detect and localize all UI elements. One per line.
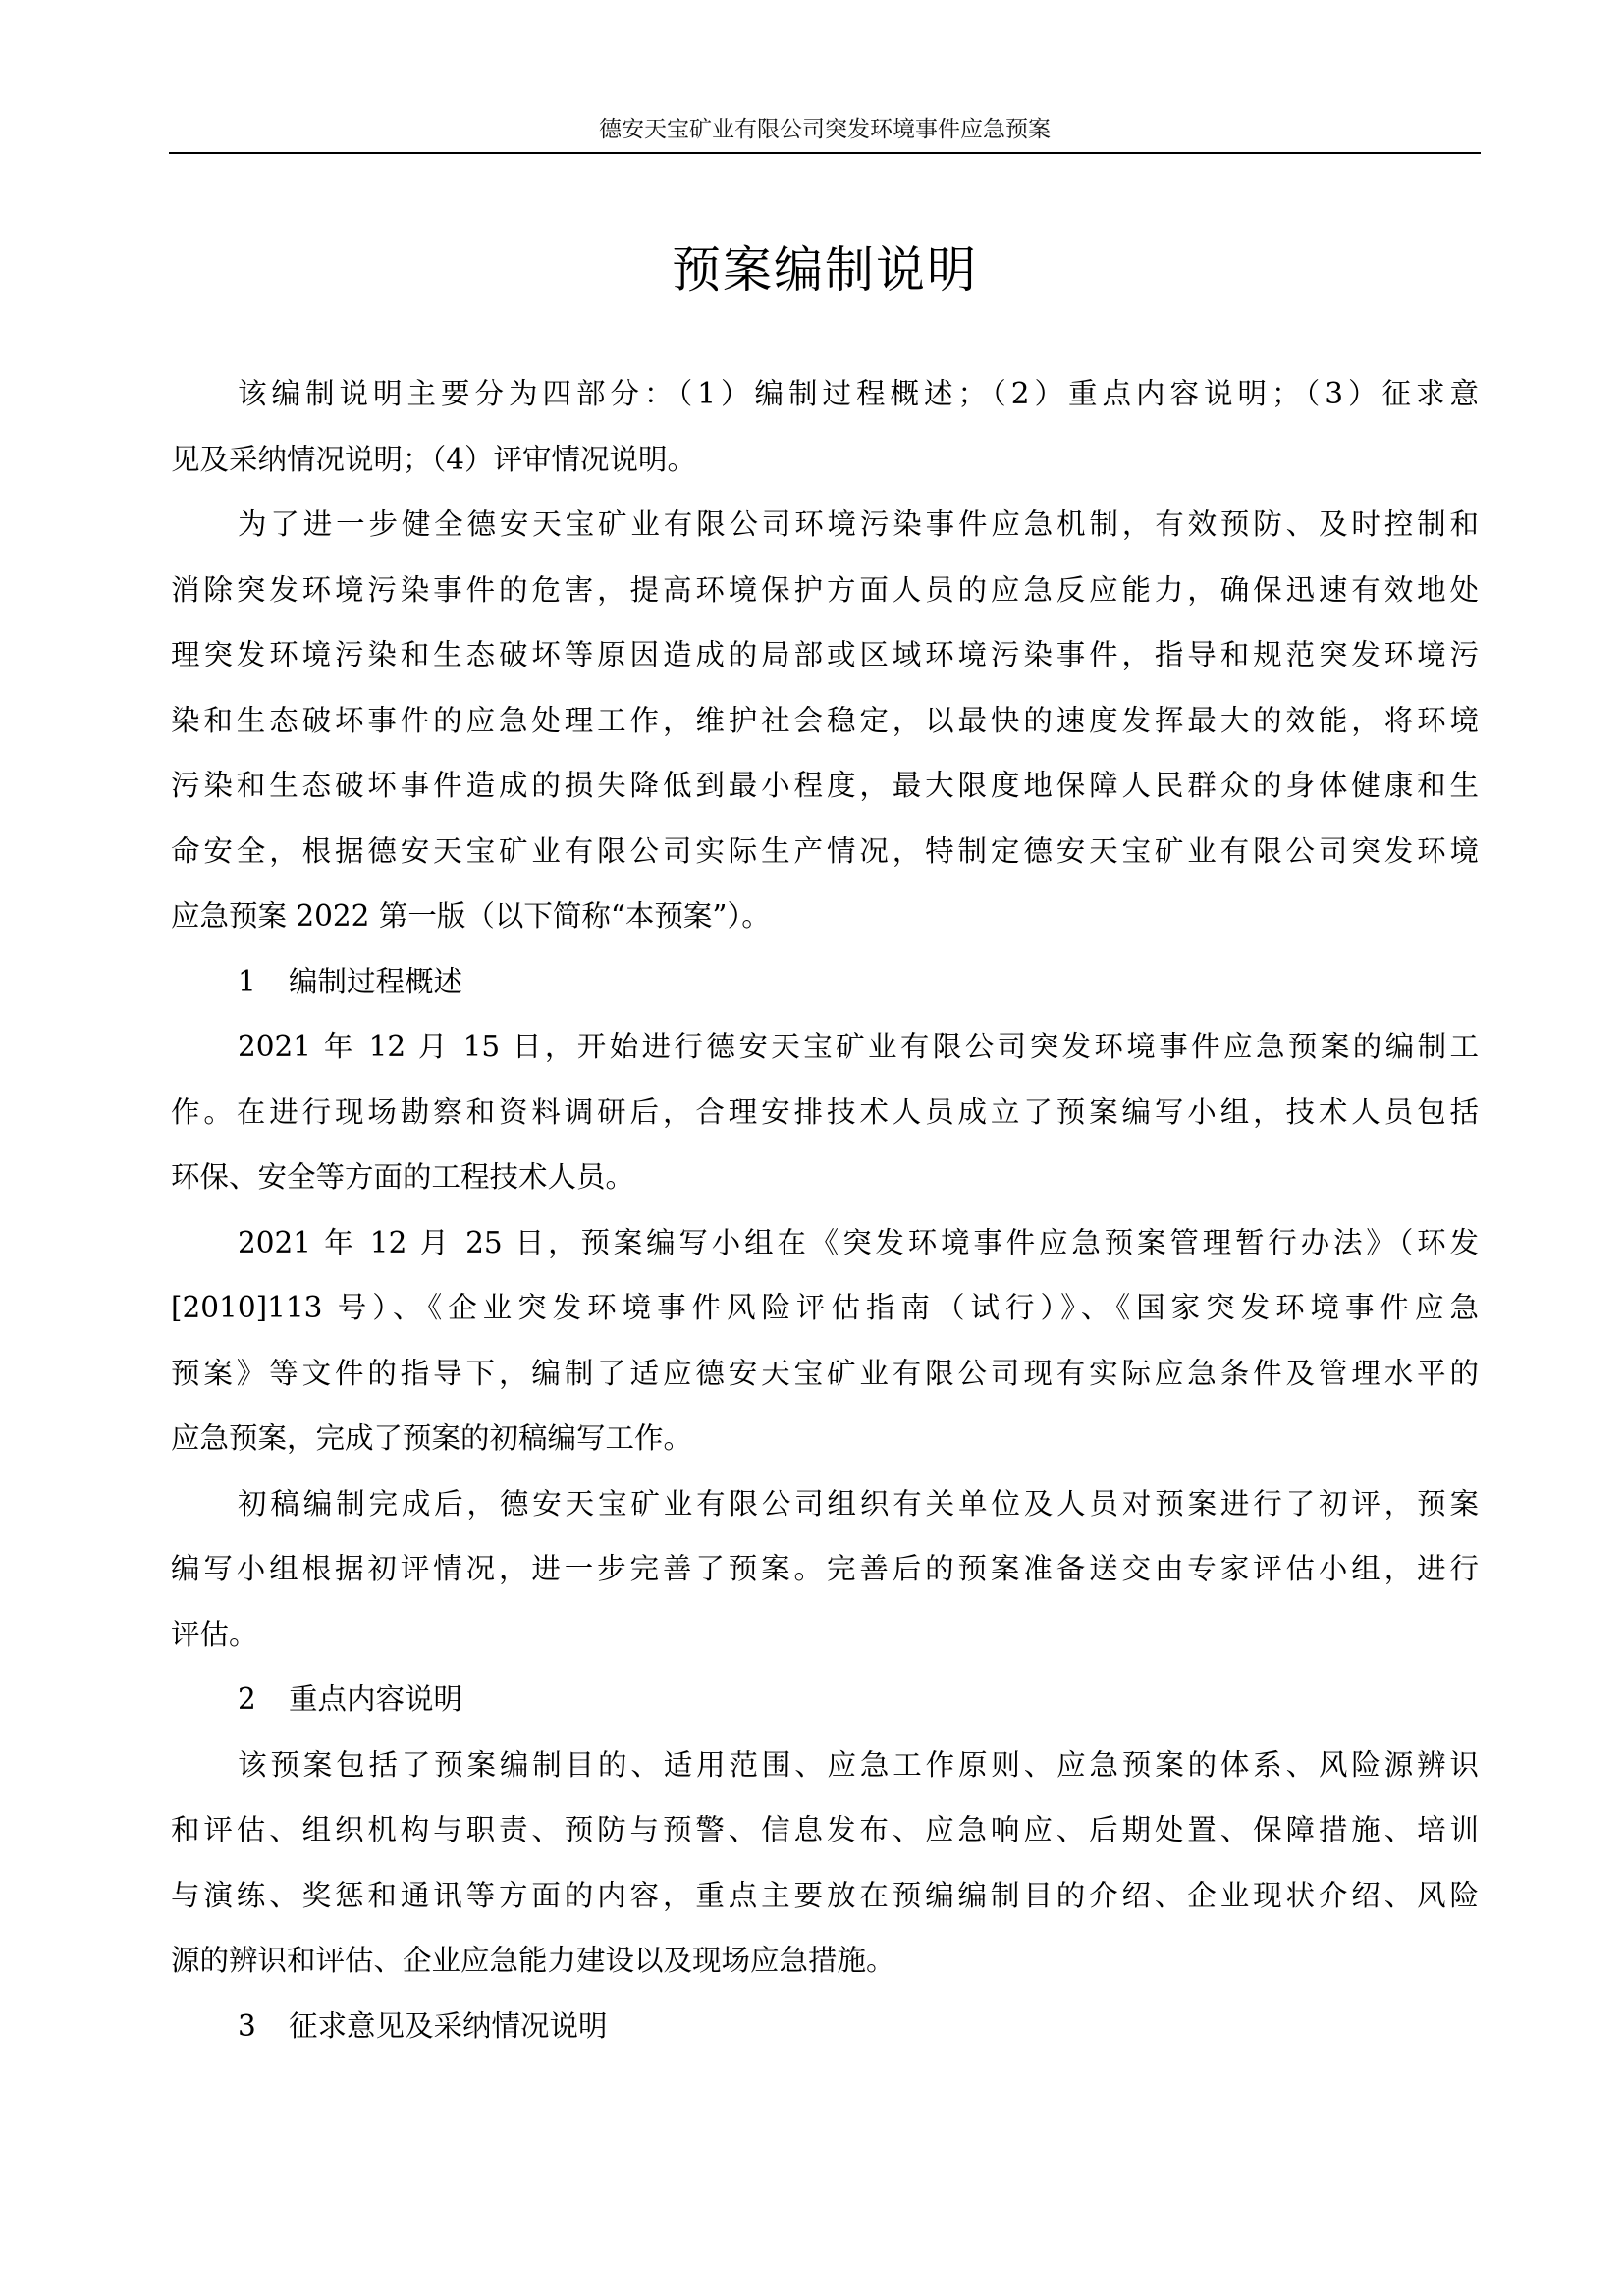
section-paragraph: 2021 年 12 月 15 日，开始进行德安天宝矿业有限公司突发环境事件应急预…: [171, 1022, 1479, 1218]
paragraph-line: 编写小组根据初评情况，进一步完善了预案。完善后的预案准备送交由专家评估小组，进行: [171, 1544, 1479, 1610]
purpose-paragraph: 为了进一步健全德安天宝矿业有限公司环境污染事件应急机制，有效预防、及时控制和 消…: [171, 500, 1479, 957]
paragraph-line: 应急预案 2022 第一版（以下简称“本预案”）。: [171, 891, 1479, 957]
section-number: 1: [238, 957, 289, 1006]
paragraph-line: 染和生态破坏事件的应急处理工作，维护社会稳定，以最快的速度发挥最大的效能，将环境: [171, 696, 1479, 762]
paragraph-line: 2021 年 12 月 15 日，开始进行德安天宝矿业有限公司突发环境事件应急预…: [171, 1022, 1479, 1088]
section-title: 编制过程概述: [289, 965, 462, 998]
section-number: 3: [238, 2002, 289, 2051]
paragraph-line: 为了进一步健全德安天宝矿业有限公司环境污染事件应急机制，有效预防、及时控制和: [171, 500, 1479, 565]
paragraph-line: 该预案包括了预案编制目的、适用范围、应急工作原则、应急预案的体系、风险源辨识: [171, 1740, 1479, 1806]
section-heading: 1编制过程概述: [171, 957, 1479, 1023]
paragraph-line: 初稿编制完成后，德安天宝矿业有限公司组织有关单位及人员对预案进行了初评，预案: [171, 1479, 1479, 1545]
paragraph-line: 该编制说明主要分为四部分：（1）编制过程概述；（2）重点内容说明；（3）征求意: [171, 369, 1479, 435]
header-divider: [169, 152, 1481, 154]
paragraph-line: 应急预案，完成了预案的初稿编写工作。: [171, 1414, 1479, 1479]
section-heading: 3征求意见及采纳情况说明: [171, 2002, 1479, 2067]
page-title: 预案编制说明: [171, 236, 1479, 304]
document-page: 德安天宝矿业有限公司突发环境事件应急预案 预案编制说明 该编制说明主要分为四部分…: [0, 0, 1624, 2296]
paragraph-line: 和评估、组织机构与职责、预防与预警、信息发布、应急响应、后期处置、保障措施、培训: [171, 1805, 1479, 1871]
document-body: 该编制说明主要分为四部分：（1）编制过程概述；（2）重点内容说明；（3）征求意 …: [171, 369, 1479, 2066]
section-heading: 2重点内容说明: [171, 1675, 1479, 1740]
paragraph-line: 环保、安全等方面的工程技术人员。: [171, 1152, 1479, 1218]
section-1: 1编制过程概述 2021 年 12 月 15 日，开始进行德安天宝矿业有限公司突…: [171, 957, 1479, 1676]
paragraph-line: [2010]113 号）、《企业突发环境事件风险评估指南（试行）》、《国家突发环…: [171, 1283, 1479, 1349]
section-paragraph: 该预案包括了预案编制目的、适用范围、应急工作原则、应急预案的体系、风险源辨识 和…: [171, 1740, 1479, 2002]
section-2: 2重点内容说明 该预案包括了预案编制目的、适用范围、应急工作原则、应急预案的体系…: [171, 1675, 1479, 2002]
paragraph-line: 预案》等文件的指导下，编制了适应德安天宝矿业有限公司现有实际应急条件及管理水平的: [171, 1349, 1479, 1415]
paragraph-line: 与演练、奖惩和通讯等方面的内容，重点主要放在预编编制目的介绍、企业现状介绍、风险: [171, 1871, 1479, 1937]
paragraph-line: 见及采纳情况说明；（4）评审情况说明。: [171, 435, 1479, 501]
paragraph-line: 源的辨识和评估、企业应急能力建设以及现场应急措施。: [171, 1936, 1479, 2002]
section-3: 3征求意见及采纳情况说明: [171, 2002, 1479, 2067]
section-paragraph: 2021 年 12 月 25 日，预案编写小组在《突发环境事件应急预案管理暂行办…: [171, 1218, 1479, 1479]
paragraph-line: 2021 年 12 月 25 日，预案编写小组在《突发环境事件应急预案管理暂行办…: [171, 1218, 1479, 1284]
running-header: 德安天宝矿业有限公司突发环境事件应急预案: [171, 115, 1479, 144]
section-title: 征求意见及采纳情况说明: [289, 2009, 608, 2043]
section-number: 2: [238, 1675, 289, 1724]
section-paragraph: 初稿编制完成后，德安天宝矿业有限公司组织有关单位及人员对预案进行了初评，预案 编…: [171, 1479, 1479, 1676]
intro-paragraph: 该编制说明主要分为四部分：（1）编制过程概述；（2）重点内容说明；（3）征求意 …: [171, 369, 1479, 500]
paragraph-line: 作。在进行现场勘察和资料调研后，合理安排技术人员成立了预案编写小组，技术人员包括: [171, 1088, 1479, 1153]
paragraph-line: 污染和生态破坏事件造成的损失降低到最小程度，最大限度地保障人民群众的身体健康和生: [171, 761, 1479, 827]
paragraph-line: 命安全，根据德安天宝矿业有限公司实际生产情况，特制定德安天宝矿业有限公司突发环境: [171, 827, 1479, 892]
paragraph-line: 消除突发环境污染事件的危害，提高环境保护方面人员的应急反应能力，确保迅速有效地处: [171, 565, 1479, 631]
section-title: 重点内容说明: [289, 1682, 462, 1716]
paragraph-line: 评估。: [171, 1610, 1479, 1676]
paragraph-line: 理突发环境污染和生态破坏等原因造成的局部或区域环境污染事件，指导和规范突发环境污: [171, 630, 1479, 696]
